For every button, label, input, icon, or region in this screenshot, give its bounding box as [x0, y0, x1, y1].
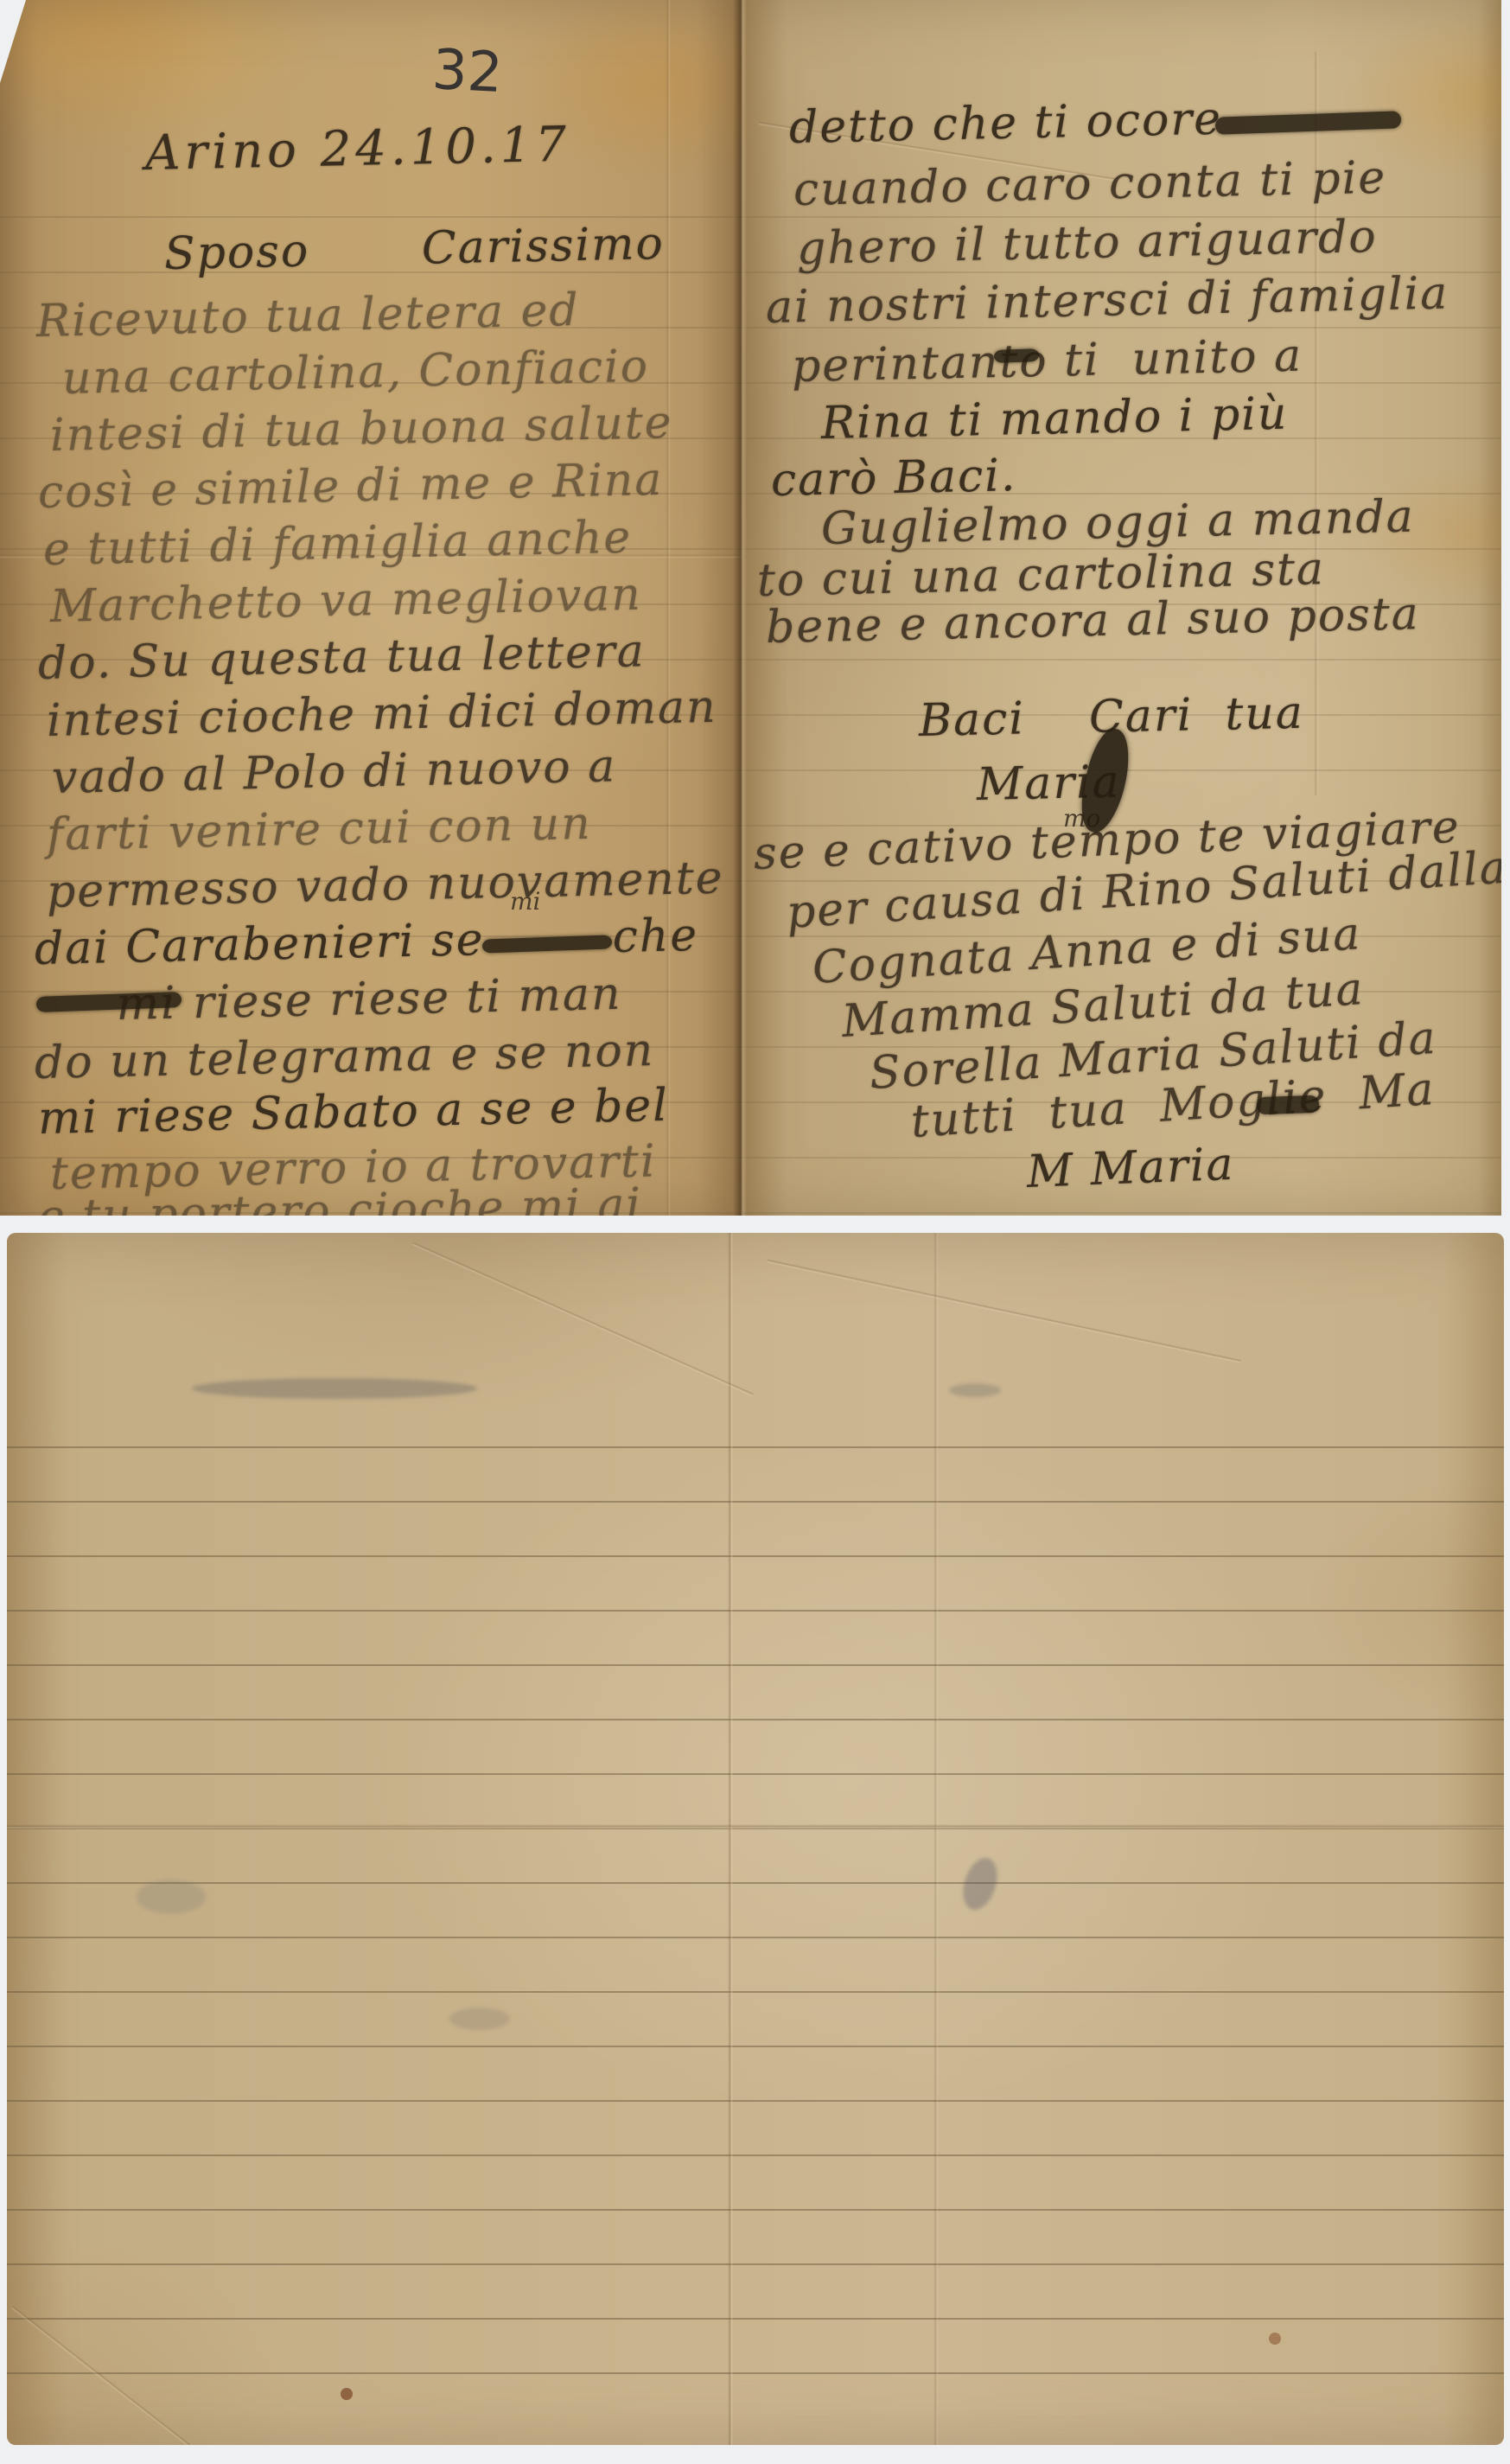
ink-smudge [957, 1854, 1003, 1914]
letter-line: bene e ancora al suo posta [765, 591, 1420, 650]
fold-crease [666, 0, 671, 1216]
letter-scan: 32 Arino 24.10.17 Sposo Carissimo Ricevu… [0, 0, 1510, 2464]
letter-line: Sposo Carissimo [163, 221, 665, 277]
ink-smudge [449, 2008, 510, 2030]
fold-crease [412, 1242, 754, 1396]
superscript-annotation: mi [510, 887, 541, 916]
ruled-lines [7, 1394, 1504, 2418]
letter-line: Rina ti mando i più [820, 392, 1288, 446]
letter-line: così e simile di me e Rina [37, 457, 663, 515]
letter-line: do un telegrama e se non [34, 1028, 654, 1086]
fold-crease [767, 1259, 1241, 1363]
scanner-edge [0, 0, 26, 83]
letter-line: carò Baci. [770, 453, 1016, 503]
letter-line: permesso vado nuovamente [46, 856, 724, 915]
letter-line: Marchetto va megliovan [49, 572, 642, 629]
letter-page-1: 32 Arino 24.10.17 Sposo Carissimo Ricevu… [0, 0, 742, 1216]
letter-line: intesi di tua buona salute [49, 400, 673, 458]
letter-line: detto che ti ocore [788, 97, 1222, 150]
letter-line: Ricevuto tua letera ed [35, 288, 580, 344]
ink-scribble [994, 348, 1039, 363]
letter-page-2: detto che ti ocore cuando caro conta ti … [742, 0, 1501, 1216]
fold-crease [7, 1824, 1504, 1829]
ink-scribble [1257, 1095, 1320, 1115]
letter-line: ai nostri intersci di famiglia [765, 271, 1449, 330]
pencil-page-number: 32 [430, 38, 504, 105]
letter-back-page [7, 1233, 1504, 2445]
letter-line: cuando caro conta ti pie [793, 156, 1386, 213]
ink-smudge [949, 1383, 1001, 1397]
letter-line: ghero il tutto ariguardo [796, 214, 1378, 271]
fold-crease [728, 1233, 733, 2445]
fold-crease [933, 1233, 939, 2445]
stain-spot [1269, 2333, 1281, 2345]
ink-smudge [137, 1880, 206, 1914]
letter-line: vado al Polo di nuovo a [51, 744, 616, 801]
letter-line: e tutti di famiglia anche [42, 515, 632, 572]
fold-crease [10, 2306, 190, 2445]
letter-line: Guglielmo oggi a manda [820, 495, 1415, 552]
ink-smudge [192, 1378, 477, 1399]
letter-signature: M Maria [1026, 1142, 1235, 1195]
letter-line: intesi cioche mi dici doman [46, 685, 717, 744]
ink-scribble [1215, 111, 1402, 134]
letter-date-line: Arino 24.10.17 [144, 121, 570, 178]
letter-line: perintanto ti unito a [791, 334, 1303, 389]
letter-line: farti venire cui con un [46, 801, 592, 858]
letter-line: una cartolina, Confiacio [61, 344, 649, 401]
letter-line: do. Su questa tua lettera [37, 629, 646, 686]
center-fold [733, 0, 747, 1216]
stain-spot [341, 2388, 353, 2400]
letter-line: mi riese Sabato a se e bel [37, 1083, 669, 1141]
